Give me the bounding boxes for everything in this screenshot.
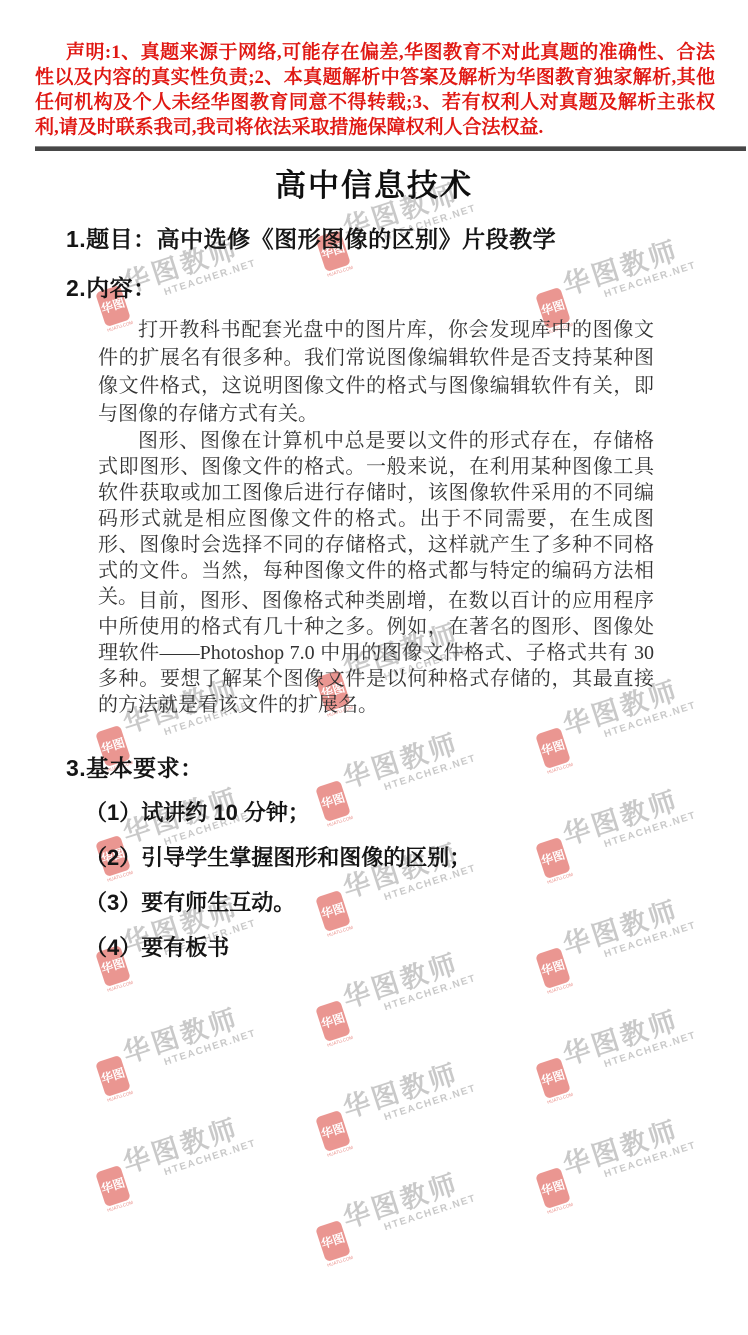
document-page: 华图HUATU.COM华图教师HTEACHER.NET华图HUATU.COM华图… bbox=[0, 0, 748, 1335]
requirement-item-2: （2）引导学生掌握图形和图像的区别； bbox=[85, 841, 471, 872]
body-paragraph-2: 图形、图像在计算机中总是要以文件的形式存在，存储格式即图形、图像文件的格式。一般… bbox=[98, 428, 654, 610]
disclaimer-text: 声明:1、真题来源于网络,可能存在偏差,华图教育不对此真题的准确性、合法性以及内… bbox=[35, 40, 715, 140]
disclaimer-body: 1、真题来源于网络,可能存在偏差,华图教育不对此真题的准确性、合法性以及内容的真… bbox=[35, 42, 715, 138]
body-paragraph-1: 打开教科书配套光盘中的图片库，你会发现库中的图像文件的扩展名有很多种。我们常说图… bbox=[98, 316, 654, 428]
divider-line bbox=[35, 146, 746, 151]
requirement-item-3: （3）要有师生互动。 bbox=[85, 886, 295, 917]
content-heading: 2.内容： bbox=[66, 270, 157, 303]
topic-heading: 1.题目：高中选修《图形图像的区别》片段教学 bbox=[66, 221, 556, 254]
content-layer: 声明:1、真题来源于网络,可能存在偏差,华图教育不对此真题的准确性、合法性以及内… bbox=[0, 0, 748, 1335]
page-title: 高中信息技术 bbox=[0, 160, 748, 205]
body-paragraph-3: 目前，图形、图像格式种类剧增，在数以百计的应用程序中所使用的格式有几十种之多。例… bbox=[98, 588, 654, 718]
requirement-item-4: （4）要有板书 bbox=[85, 931, 229, 962]
disclaimer-label: 声明: bbox=[66, 42, 111, 63]
requirement-item-1: （1）试讲约 10 分钟； bbox=[85, 796, 310, 827]
requirements-heading: 3.基本要求： bbox=[66, 750, 204, 783]
